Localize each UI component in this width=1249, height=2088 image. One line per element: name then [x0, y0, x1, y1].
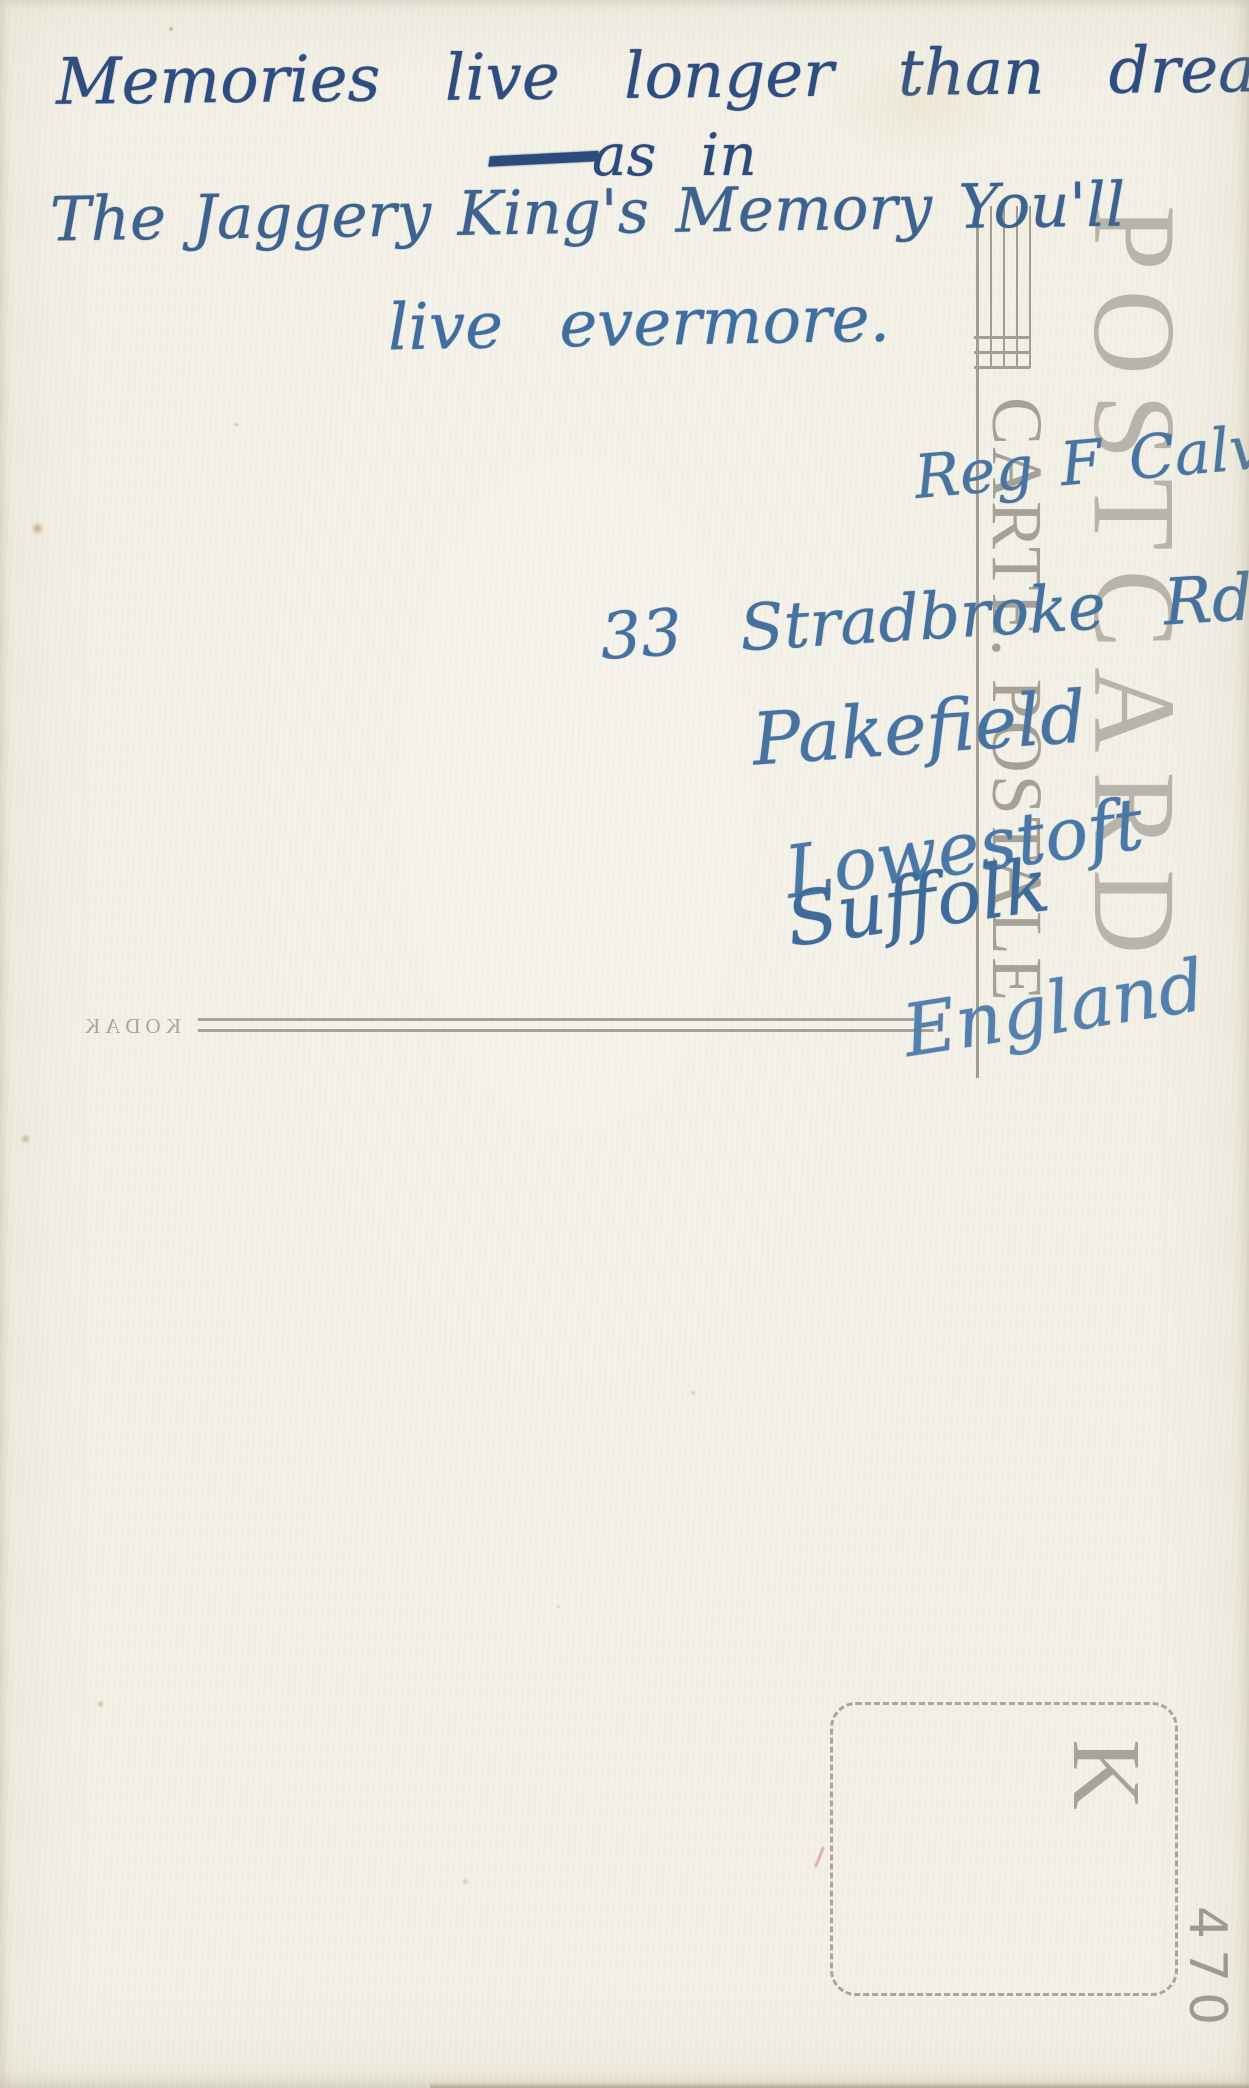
message-line-3: The Jaggery King's Memory You'll — [50, 174, 1126, 250]
foxing-spot — [556, 1604, 561, 1609]
foxing-spot — [30, 522, 45, 535]
address-rule-lower — [198, 1029, 934, 1032]
message-line-4: live evermore. — [387, 288, 890, 361]
foxing-spot — [96, 1700, 105, 1708]
foxing-spot — [462, 1878, 469, 1885]
paper-fiber — [814, 1846, 825, 1868]
stamp-box: K — [830, 1702, 1178, 1996]
address-country: England — [898, 949, 1209, 1068]
foxing-spot — [20, 1134, 31, 1144]
foxing-spot — [690, 1390, 696, 1396]
address-locality: Pakefield — [750, 680, 1088, 775]
kodak-watermark: KODAK — [80, 1014, 181, 1039]
foxing-spot — [234, 422, 239, 427]
message-line-1: Memories live longer than dreams — [56, 37, 1249, 115]
bottom-edge-shadow — [430, 2082, 1249, 2088]
foxing-spot — [168, 26, 174, 32]
address-rule-upper — [198, 1018, 914, 1021]
stamp-box-letter: K — [1057, 1739, 1155, 1810]
postcard-back-scan: POSTCARD CARTE. POSTALE KODAK K 470 Memo… — [0, 0, 1249, 2088]
catalog-number: 470 — [1181, 1906, 1233, 2035]
paper-stain — [820, 50, 1020, 160]
